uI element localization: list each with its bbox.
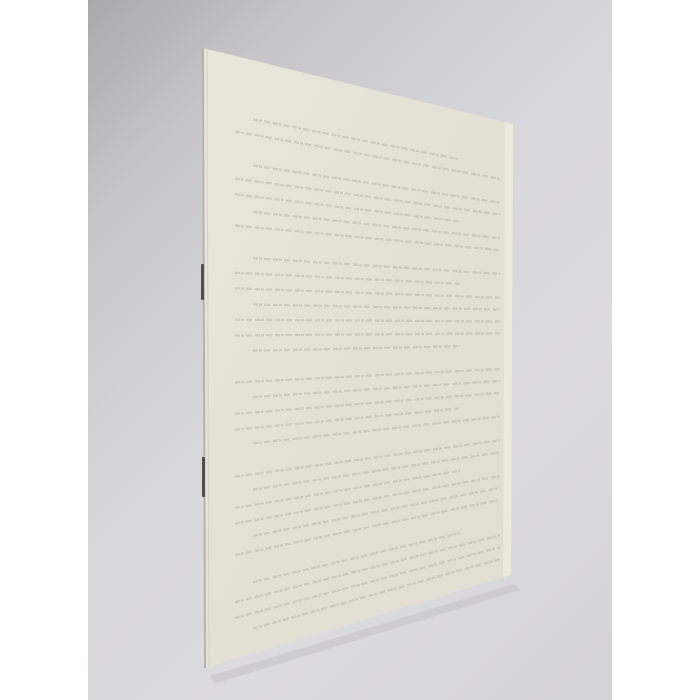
ghost-text-show-through — [0, 0, 700, 700]
scene-description: Photograph of a plain cream-colored stap… — [0, 0, 1, 1]
